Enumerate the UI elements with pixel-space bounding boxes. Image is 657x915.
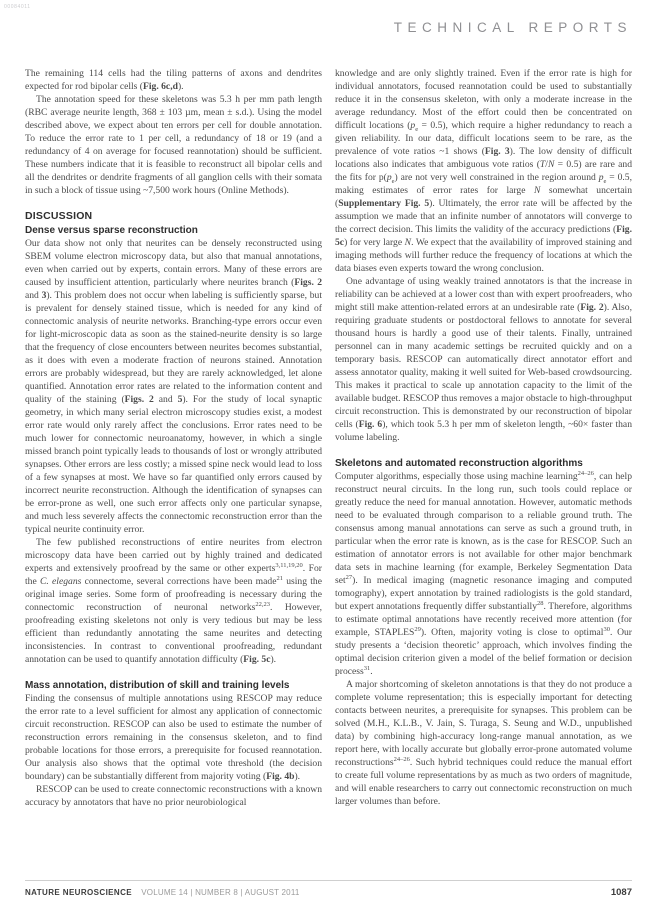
left-column: The remaining 114 cells had the tiling p… (25, 67, 322, 809)
page-header: TECHNICAL REPORTS (25, 0, 632, 37)
issue-info: VOLUME 14 | NUMBER 8 | AUGUST 2011 (141, 888, 299, 897)
paragraph: The annotation speed for these skeletons… (25, 93, 322, 197)
paragraph: Our data show not only that neurites can… (25, 237, 322, 536)
paragraph: One advantage of using weakly trained an… (335, 275, 632, 444)
running-head: TECHNICAL REPORTS (394, 20, 632, 35)
right-column: knowledge and are only slightly trained.… (335, 67, 632, 809)
paragraph: knowledge and are only slightly trained.… (335, 67, 632, 275)
journal-name: NATURE NEUROSCIENCE (25, 888, 132, 897)
paragraph: RESCOP can be used to create connectomic… (25, 783, 322, 809)
article-page: TECHNICAL REPORTS The remaining 114 cell… (0, 0, 657, 809)
paragraph: A major shortcoming of skeleton annotati… (335, 678, 632, 808)
print-registration-mark: 00084011 (4, 4, 31, 10)
subsection-heading-mass-annotation: Mass annotation, distribution of skill a… (25, 679, 322, 692)
paragraph: The remaining 114 cells had the tiling p… (25, 67, 322, 93)
page-number: 1087 (611, 887, 632, 898)
subsection-heading-dense-vs-sparse: Dense versus sparse reconstruction (25, 224, 322, 237)
paragraph: Computer algorithms, especially those us… (335, 470, 632, 678)
footer-journal-line: NATURE NEUROSCIENCE VOLUME 14 | NUMBER 8… (25, 888, 300, 897)
page-footer: NATURE NEUROSCIENCE VOLUME 14 | NUMBER 8… (25, 880, 632, 898)
paragraph: The few published reconstructions of ent… (25, 536, 322, 666)
paragraph: Finding the consensus of multiple annota… (25, 692, 322, 783)
two-column-body: The remaining 114 cells had the tiling p… (25, 67, 632, 809)
subsection-heading-skeletons-algorithms: Skeletons and automated reconstruction a… (335, 457, 632, 470)
section-heading-discussion: DISCUSSION (25, 210, 322, 223)
